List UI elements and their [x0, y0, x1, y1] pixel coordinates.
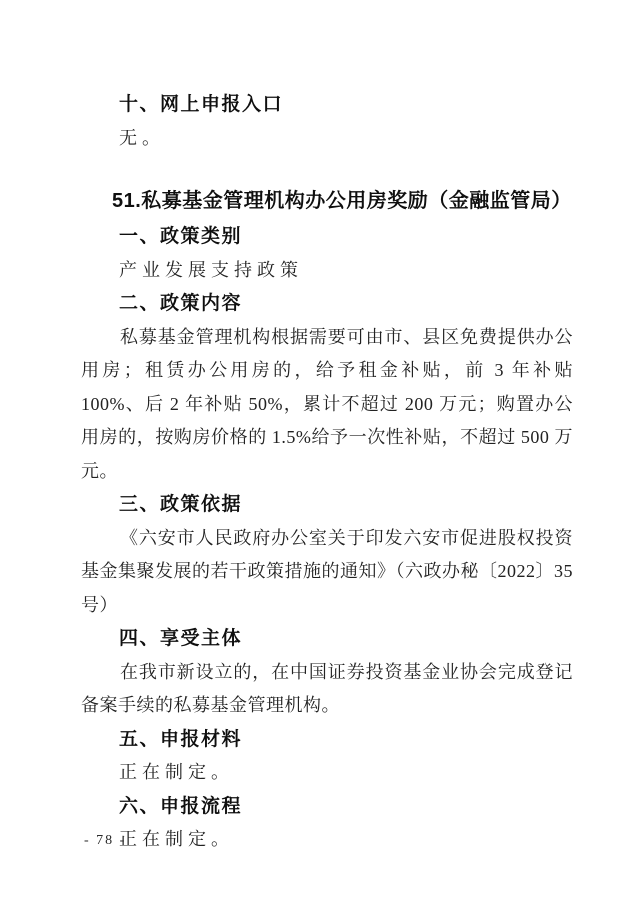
section-policy-basis-body: 《六安市人民政府办公室关于印发六安市促进股权投资基金集聚发展的若干政策措施的通知…	[81, 522, 573, 623]
section-policy-content-heading: 二、政策内容	[81, 287, 573, 321]
section-application-process: 六、申报流程 正在制定。	[81, 790, 573, 857]
heading-online-application-entry: 十、网上申报入口	[81, 88, 573, 122]
document-page: 十、网上申报入口 无。 51.私募基金管理机构办公用房奖励（金融监管局） 一、政…	[0, 0, 642, 907]
article-title: 51.私募基金管理机构办公用房奖励（金融监管局）	[81, 182, 573, 220]
section-policy-content-body: 私募基金管理机构根据需要可由市、县区免费提供办公用房；租赁办公用房的，给予租金补…	[81, 321, 573, 489]
section-policy-basis: 三、政策依据 《六安市人民政府办公室关于印发六安市促进股权投资基金集聚发展的若干…	[81, 488, 573, 622]
section-application-materials-body: 正在制定。	[81, 756, 573, 790]
section-eligible-entities-heading: 四、享受主体	[81, 622, 573, 656]
section-eligible-entities-body: 在我市新设立的，在中国证券投资基金业协会完成登记备案手续的私募基金管理机构。	[81, 656, 573, 723]
section-application-materials-heading: 五、申报材料	[81, 723, 573, 757]
section-eligible-entities: 四、享受主体 在我市新设立的，在中国证券投资基金业协会完成登记备案手续的私募基金…	[81, 622, 573, 723]
section-policy-content: 二、政策内容 私募基金管理机构根据需要可由市、县区免费提供办公用房；租赁办公用房…	[81, 287, 573, 488]
section-application-process-body: 正在制定。	[81, 823, 573, 857]
section-policy-category: 一、政策类别 产业发展支持政策	[81, 220, 573, 287]
section-application-process-heading: 六、申报流程	[81, 790, 573, 824]
section-policy-basis-heading: 三、政策依据	[81, 488, 573, 522]
page-number: - 78 -	[84, 833, 126, 849]
body-online-application-entry: 无。	[81, 122, 573, 156]
section-application-materials: 五、申报材料 正在制定。	[81, 723, 573, 790]
document-content: 十、网上申报入口 无。 51.私募基金管理机构办公用房奖励（金融监管局） 一、政…	[81, 88, 573, 857]
section-policy-category-heading: 一、政策类别	[81, 220, 573, 254]
section-policy-category-body: 产业发展支持政策	[81, 254, 573, 288]
